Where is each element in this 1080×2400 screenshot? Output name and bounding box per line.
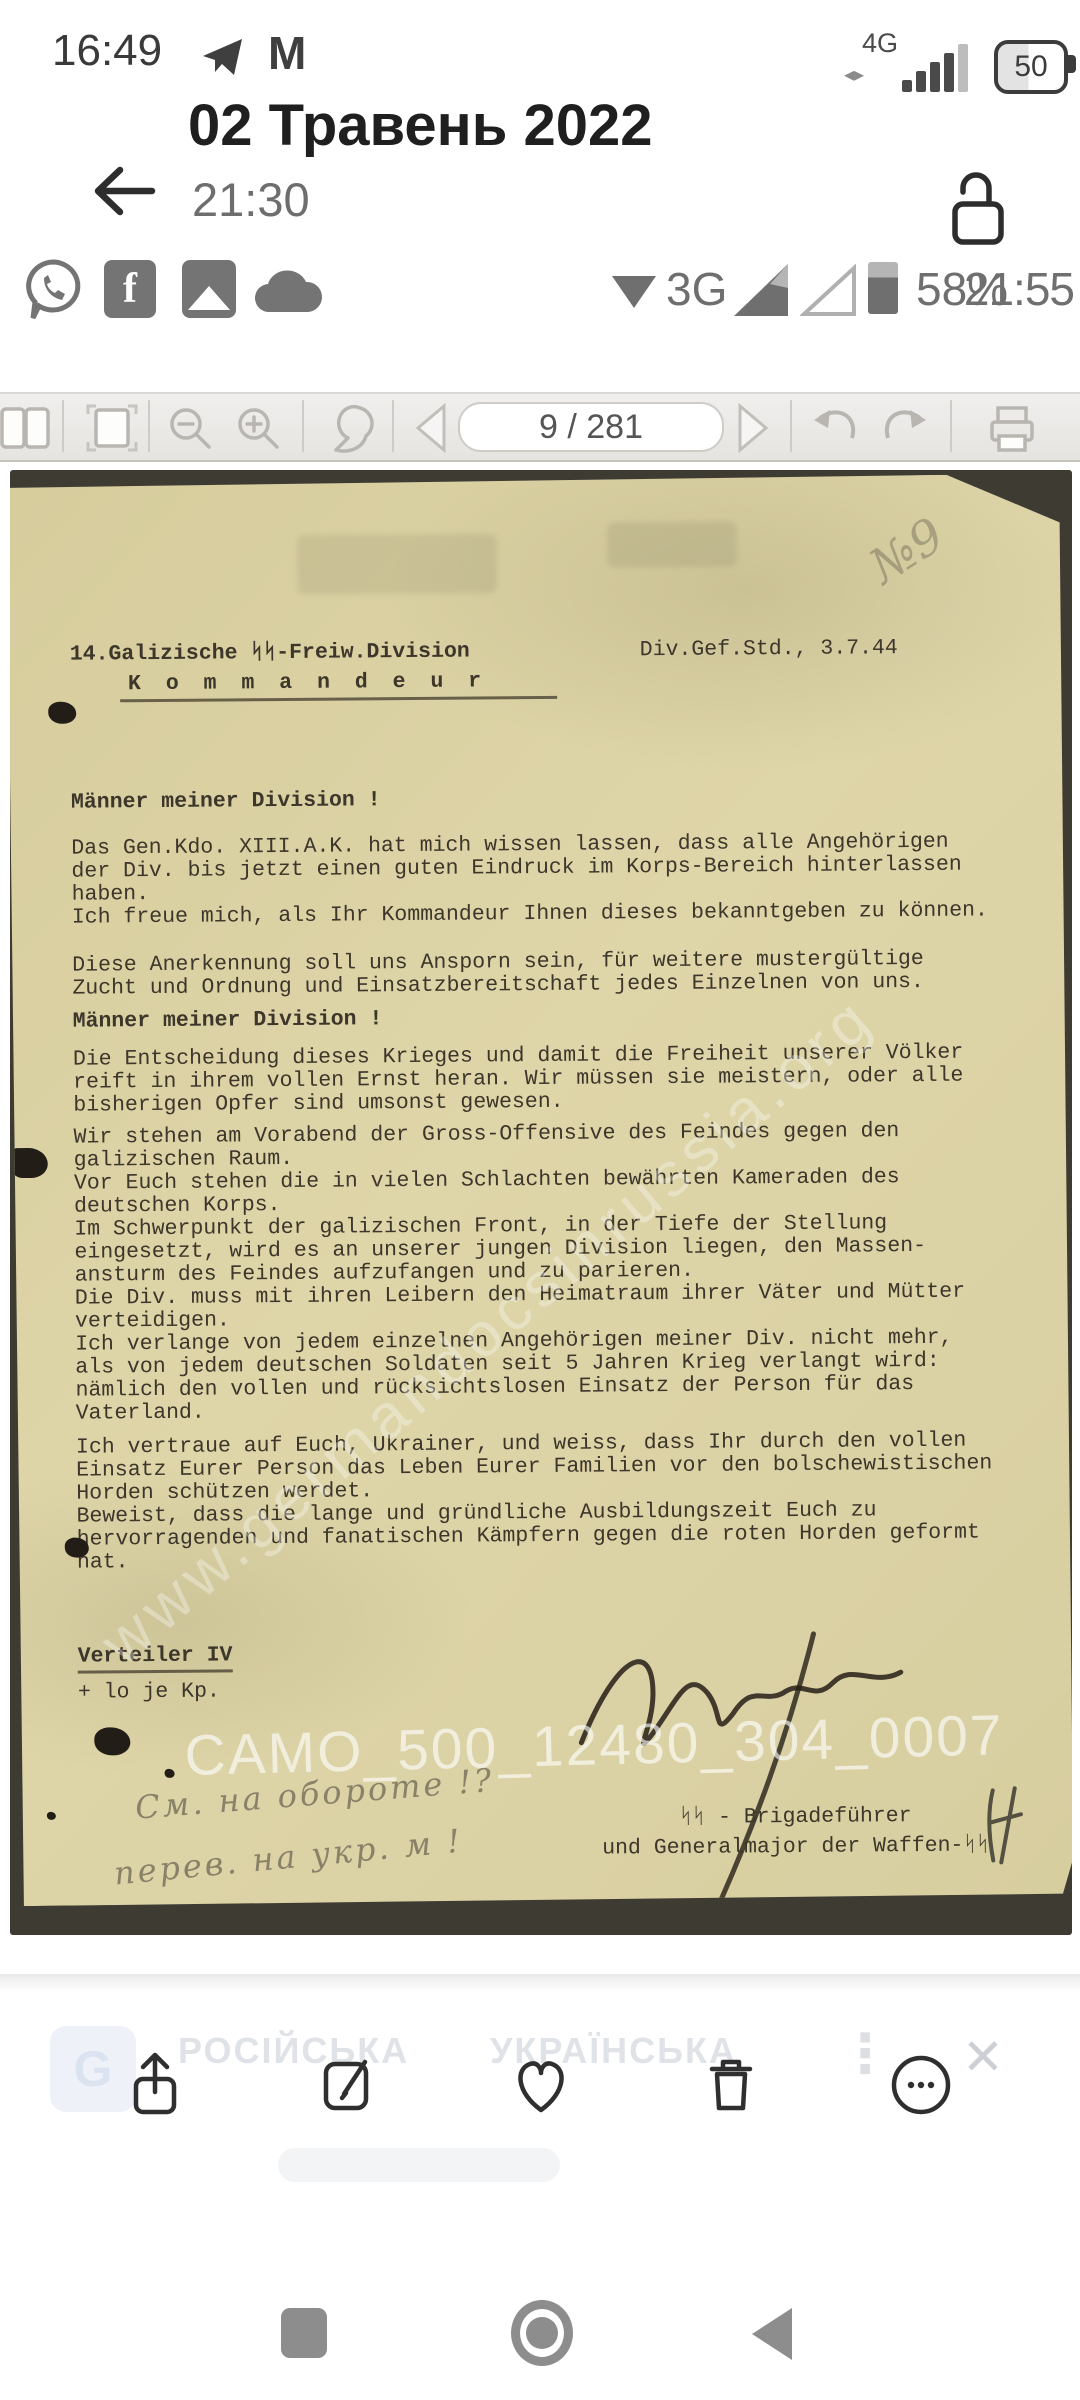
zoom-in-icon[interactable]: [230, 400, 286, 456]
redo-icon[interactable]: [874, 400, 934, 456]
page-number-input[interactable]: 9 / 281: [458, 402, 724, 452]
inner-battery-icon: [868, 262, 898, 314]
edit-icon[interactable]: [312, 2050, 382, 2120]
data-arrows-icon: ◂▸: [844, 62, 864, 87]
next-page-icon[interactable]: [728, 400, 776, 456]
back-icon[interactable]: [752, 2308, 792, 2360]
ghost-menu-dots: ⋮: [838, 2022, 892, 2085]
inner-signal-empty-icon: [800, 262, 858, 318]
cloud-icon: [250, 268, 324, 316]
signature-caption: ᛋᛋ - Brigadeführer und Generalmajor der …: [602, 1800, 990, 1863]
share-icon[interactable]: [120, 2050, 190, 2120]
viber-icon: [22, 258, 84, 322]
page-title: 02 Травень 2022: [188, 92, 653, 159]
triangle-down-icon: [612, 276, 656, 308]
pencil-note-2: перев. на укр. м !: [112, 1821, 464, 1892]
document-paper: №9 14.Galizische ᛋᛋ-Freiw.Division K o m…: [10, 474, 1072, 1906]
screenshot-edge: [0, 1974, 1080, 1992]
gallery-icon: [182, 260, 236, 318]
signal-bars-icon: [902, 42, 982, 92]
annotation-tool-icon[interactable]: [322, 400, 378, 456]
doc-paragraph: Diese Anerkennung soll uns Ansporn sein,…: [72, 948, 924, 1001]
unlock-icon[interactable]: [944, 168, 1010, 248]
letterhead-date: Div.Gef.Std., 3.7.44: [640, 637, 898, 662]
gmail-icon: M: [268, 26, 306, 80]
book-view-icon[interactable]: [0, 400, 56, 456]
network-type: 4G: [862, 28, 898, 59]
page-subtitle: 21:30: [192, 172, 310, 227]
corner-note: №9: [860, 507, 954, 595]
telegram-icon: [200, 34, 246, 80]
undo-icon[interactable]: [806, 400, 866, 456]
letterhead-unit: 14.Galizische ᛋᛋ-Freiw.Division: [70, 641, 470, 667]
home-icon-dot: [526, 2317, 558, 2349]
pdf-toolbar: 9 / 281: [0, 392, 1080, 462]
phone-screen: 16:49 M 4G ◂▸ 50 02 Травень 2022 21:30 f…: [0, 0, 1080, 2400]
doc-heading-1: Männer meiner Division !: [71, 789, 381, 814]
inner-signal-full-icon: [732, 262, 790, 318]
more-icon[interactable]: [886, 2050, 956, 2120]
battery-tip: [1068, 55, 1076, 73]
doc-heading-2: Männer meiner Division !: [73, 1008, 383, 1033]
doc-distribution-note: + lo je Kp.: [78, 1681, 220, 1705]
delete-icon[interactable]: [696, 2050, 766, 2120]
letterhead-role: K o m m a n d e u r: [120, 670, 557, 702]
battery-indicator: 50: [994, 40, 1068, 94]
pencil-mark: [979, 1782, 1036, 1868]
prev-page-icon[interactable]: [408, 400, 456, 456]
inner-network-type: 3G: [666, 262, 727, 316]
ghost-pill: [278, 2148, 560, 2182]
clock: 16:49: [52, 26, 162, 76]
fit-page-icon[interactable]: [84, 400, 140, 456]
ghost-close-icon: ✕: [962, 2028, 1004, 2086]
doc-paragraph: Das Gen.Kdo. XIII.A.K. hat mich wissen l…: [71, 830, 988, 929]
favorite-icon[interactable]: [506, 2050, 576, 2120]
inner-clock: 21:55: [964, 262, 1074, 316]
print-icon[interactable]: [984, 400, 1040, 456]
document-photo[interactable]: №9 14.Galizische ᛋᛋ-Freiw.Division K o m…: [10, 470, 1072, 1935]
facebook-icon: f: [104, 260, 156, 318]
recents-icon[interactable]: [281, 2308, 327, 2358]
zoom-out-icon[interactable]: [162, 400, 218, 456]
back-arrow-icon[interactable]: [88, 158, 160, 224]
